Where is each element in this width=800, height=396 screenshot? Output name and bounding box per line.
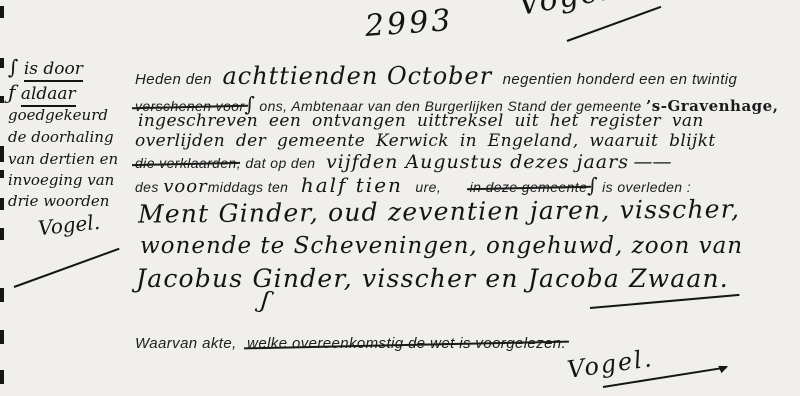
margin-signature: Vogel. (37, 210, 101, 240)
deceased-residence-line: wonende te Scheveningen, ongehuwd, zoon … (140, 233, 743, 259)
margin-line: ƒ aldaar (8, 80, 76, 104)
flourish-dash: —— (633, 151, 671, 173)
printed-text: is overleden : (602, 179, 691, 195)
registrar-signature: Vogel. (565, 344, 655, 384)
margin-line: drie woorden (8, 192, 109, 210)
margin-line: goedgekeurd (8, 106, 108, 124)
scan-edge-mark (0, 330, 4, 344)
body-line-closing: Waarvan akte, welke overeenkomstig de we… (135, 335, 566, 353)
scan-edge-mark (0, 96, 4, 103)
handwritten-voor: voor (163, 176, 207, 197)
scan-edge-mark (0, 198, 4, 210)
struck-printed-text: in deze gemeente (470, 179, 588, 195)
body-line-handwritten: overlijden der gemeente Kerwick in Engel… (135, 131, 716, 151)
handwritten-death-date: vijfden Augustus dezes jaars (326, 151, 629, 173)
printed-text: des (135, 179, 159, 195)
body-line-opening: Heden den achttienden October negentien … (135, 62, 737, 90)
printed-text: Waarvan akte, (135, 335, 237, 352)
scan-edge-mark (0, 288, 4, 302)
body-line-death-time: des voormiddags ten half tien ure, in de… (135, 173, 691, 197)
struck-printed-text: welke overeenkomstig de wet is voorgelez… (247, 335, 566, 352)
margin-line: invoeging van (8, 171, 114, 189)
printed-year: negentien honderd een en twintig (503, 71, 738, 88)
body-line-handwritten: ingeschreven een ontvangen uittreksel ui… (138, 111, 704, 131)
struck-printed-text: die verklaarden (135, 155, 237, 171)
scan-edge-mark (0, 370, 4, 384)
insertion-mark: ∫ (8, 55, 18, 79)
insertion-mark: ƒ (8, 80, 15, 104)
scan-edge-mark (0, 58, 4, 68)
margin-text: aldaar (21, 84, 76, 107)
scan-edge-mark (0, 170, 4, 178)
body-line-death-date: die verklaarden, dat op den vijfden Augu… (135, 151, 671, 173)
scan-edge-mark (0, 146, 4, 162)
margin-line: van dertien en (8, 150, 118, 168)
margin-line: de doorhaling (8, 128, 114, 146)
printed-text: Heden den (135, 71, 212, 88)
deceased-parents-line: Jacobus Ginder, visscher en Jacoba Zwaan… (136, 264, 729, 293)
printed-text: middags ten (208, 179, 289, 195)
flourish-stroke (590, 294, 740, 309)
printed-text: , dat op den (237, 155, 316, 171)
scan-edge-mark (0, 6, 4, 18)
scan-edge-mark (0, 228, 4, 240)
deceased-name-line: Ment Ginder, oud zeventien jaren, vissch… (138, 194, 740, 228)
top-right-signature-partial: Vogel (516, 0, 614, 23)
handwritten-date: achttienden October (222, 62, 492, 90)
flourish-stroke (14, 248, 120, 288)
margin-line: ∫ is door (8, 55, 83, 79)
printed-text: ure, (415, 179, 441, 195)
handwritten-time: half tien (301, 173, 403, 197)
scanned-death-certificate: 2993 Vogel ∫ is door ƒ aldaar goedgekeur… (0, 0, 800, 396)
margin-text: is door (24, 59, 83, 82)
flourish-arrowhead (718, 362, 729, 373)
act-number: 2993 (364, 3, 455, 44)
